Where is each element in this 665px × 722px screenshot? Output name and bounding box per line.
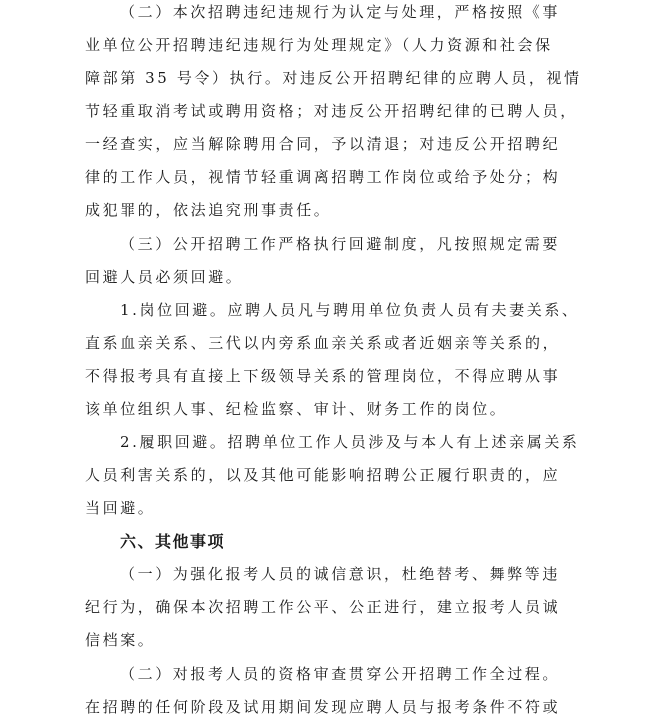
paragraph-line: 2.履职回避。招聘单位工作人员涉及与本人有上述亲属关系 [120,426,620,459]
paragraph-line: 回避人员必须回避。 [85,261,585,294]
paragraph-line: （二）本次招聘违纪违规行为认定与处理，严格按照《事 [120,0,620,29]
paragraph-line: 人员利害关系的，以及其他可能影响招聘公正履行职责的，应 [85,459,585,492]
section-heading: 六、其他事项 [120,525,620,558]
paragraph-line: （三）公开招聘工作严格执行回避制度，凡按照规定需要 [120,228,620,261]
paragraph-line: 不得报考具有直接上下级领导关系的管理岗位，不得应聘从事 [85,360,585,393]
paragraph-line: 1.岗位回避。应聘人员凡与聘用单位负责人员有夫妻关系、 [120,294,620,327]
paragraph-line: 当回避。 [85,492,585,525]
paragraph-line: （二）对报考人员的资格审查贯穿公开招聘工作全过程。 [120,658,620,691]
paragraph-line: 直系血亲关系、三代以内旁系血亲关系或者近姻亲等关系的， [85,327,585,360]
paragraph-line: 业单位公开招聘违纪违规行为处理规定》（人力资源和社会保 [85,29,585,62]
paragraph-line: 障部第 35 号令）执行。对违反公开招聘纪律的应聘人员，视情 [85,62,585,95]
paragraph-line: 该单位组织人事、纪检监察、审计、财务工作的岗位。 [85,393,585,426]
paragraph-line: 节轻重取消考试或聘用资格；对违反公开招聘纪律的已聘人员， [85,95,585,128]
document-page: （二）本次招聘违纪违规行为认定与处理，严格按照《事 业单位公开招聘违纪违规行为处… [0,0,665,722]
paragraph-line: 律的工作人员，视情节轻重调离招聘工作岗位或给予处分；构 [85,161,585,194]
paragraph-line: 一经查实，应当解除聘用合同，予以清退；对违反公开招聘纪 [85,128,585,161]
paragraph-line: 信档案。 [85,624,585,657]
paragraph-line: 在招聘的任何阶段及试用期间发现应聘人员与报考条件不符或 [85,691,585,722]
paragraph-line: 成犯罪的，依法追究刑事责任。 [85,194,585,227]
paragraph-line: 纪行为，确保本次招聘工作公平、公正进行，建立报考人员诚 [85,591,585,624]
paragraph-line: （一）为强化报考人员的诚信意识，杜绝替考、舞弊等违 [120,558,620,591]
